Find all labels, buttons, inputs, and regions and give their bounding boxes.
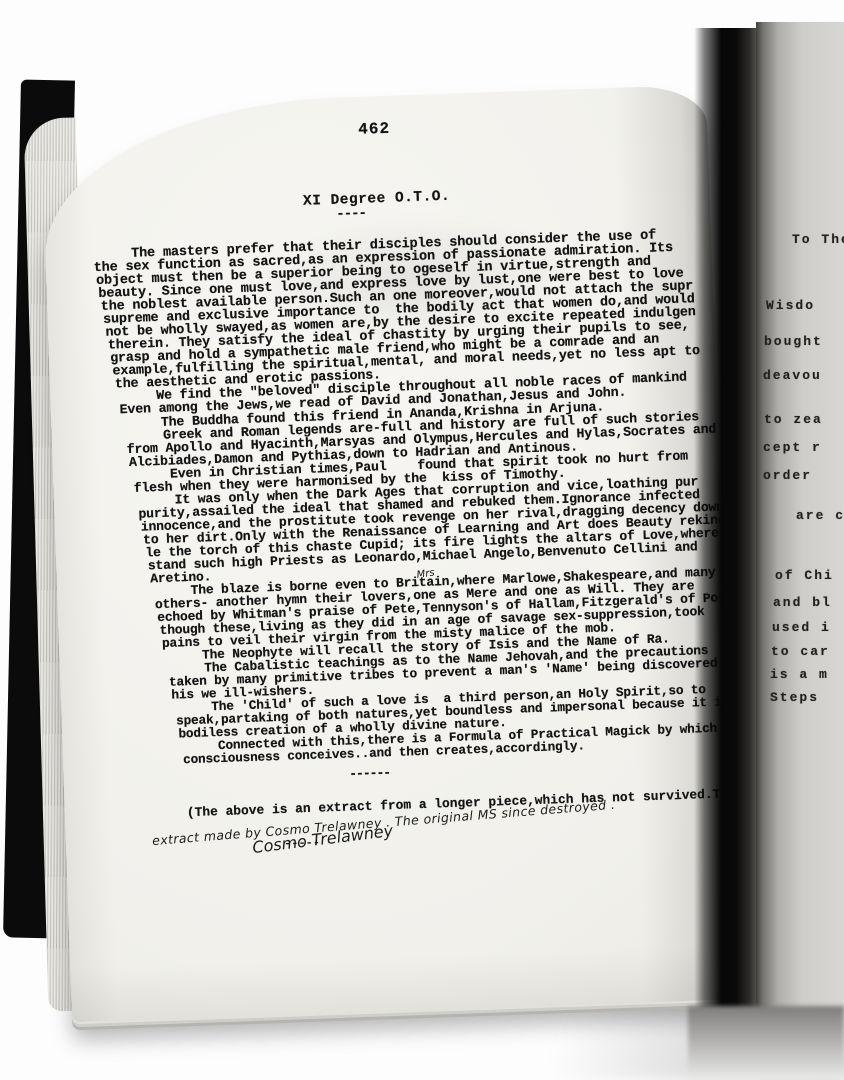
right-page: To TheWisdoboughtdeavouto zeacept rorder… bbox=[756, 22, 844, 1014]
right-page-text-fragment: To The bbox=[792, 232, 844, 247]
right-page-text-fragment: are co bbox=[796, 508, 844, 523]
right-page-text-fragment: to zea bbox=[764, 412, 823, 427]
right-page-text-fragment: used i bbox=[772, 620, 831, 635]
right-page-text-fragment: to car bbox=[771, 644, 830, 659]
right-page-text-fragment: of Chi bbox=[775, 568, 834, 583]
right-page-text-fragment: Steps bbox=[770, 690, 819, 705]
right-page-text-fragment: is a m bbox=[770, 667, 829, 682]
right-page-text-fragment: deavou bbox=[763, 368, 822, 383]
section-separator: ------ bbox=[349, 765, 390, 781]
right-page-text-fragment: order bbox=[763, 468, 812, 483]
book-bottom-shadow bbox=[688, 1006, 844, 1080]
right-page-text-fragment: Wisdo bbox=[766, 298, 815, 313]
right-page-text-fragment: and bl bbox=[773, 595, 832, 610]
left-page: 462 XI Degree O.T.O. ---- The masters pr… bbox=[40, 85, 738, 1023]
book-gutter bbox=[694, 28, 762, 1018]
book-photo: 462 XI Degree O.T.O. ---- The masters pr… bbox=[0, 0, 844, 1080]
right-page-text-fragment: bought bbox=[764, 334, 823, 349]
typed-body: The masters prefer that their disciples … bbox=[91, 225, 738, 769]
right-page-text-fragment: cept r bbox=[763, 440, 822, 455]
page-number: 462 bbox=[41, 109, 707, 150]
